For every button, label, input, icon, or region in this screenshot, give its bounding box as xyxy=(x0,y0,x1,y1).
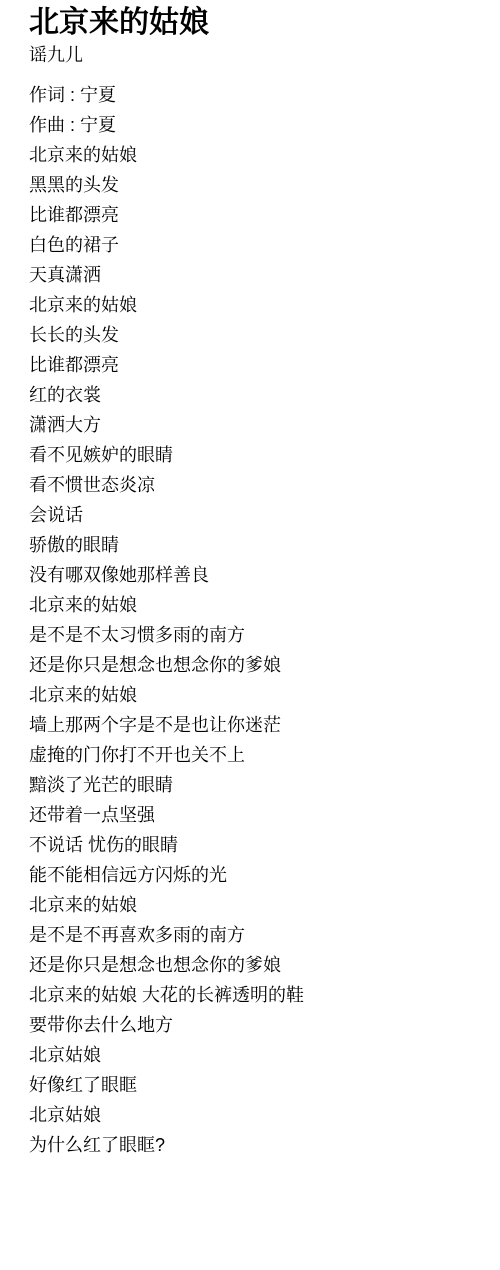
lyric-line: 看不见嫉妒的眼睛 xyxy=(29,440,485,470)
lyric-line: 北京来的姑娘 xyxy=(29,290,485,320)
lyric-line: 会说话 xyxy=(29,500,485,530)
lyric-line: 长长的头发 xyxy=(29,320,485,350)
lyric-line: 是不是不再喜欢多雨的南方 xyxy=(29,920,485,950)
lyric-line: 红的衣裳 xyxy=(29,380,485,410)
lyric-line: 潇洒大方 xyxy=(29,410,485,440)
lyric-line: 为什么红了眼眶? xyxy=(29,1130,485,1160)
lyric-line: 北京姑娘 xyxy=(29,1040,485,1070)
lyric-line: 骄傲的眼睛 xyxy=(29,530,485,560)
artist-name: 谣九儿 xyxy=(29,45,485,65)
lyric-line: 看不惯世态炎凉 xyxy=(29,470,485,500)
lyric-line: 黑黑的头发 xyxy=(29,170,485,200)
lyric-line: 作曲 : 宁夏 xyxy=(29,110,485,140)
lyrics-page: 北京来的姑娘 谣九儿 作词 : 宁夏作曲 : 宁夏北京来的姑娘黑黑的头发比谁都漂… xyxy=(0,0,500,1160)
lyric-line: 黯淡了光芒的眼睛 xyxy=(29,770,485,800)
lyric-line: 北京姑娘 xyxy=(29,1100,485,1130)
lyric-line: 还是你只是想念也想念你的爹娘 xyxy=(29,650,485,680)
lyric-line: 不说话 忧伤的眼睛 xyxy=(29,830,485,860)
lyric-line: 要带你去什么地方 xyxy=(29,1010,485,1040)
lyric-line: 还是你只是想念也想念你的爹娘 xyxy=(29,950,485,980)
lyric-line: 比谁都漂亮 xyxy=(29,200,485,230)
lyric-line: 能不能相信远方闪烁的光 xyxy=(29,860,485,890)
lyric-line: 作词 : 宁夏 xyxy=(29,80,485,110)
lyric-line: 北京来的姑娘 xyxy=(29,680,485,710)
song-title: 北京来的姑娘 xyxy=(29,7,485,39)
lyric-line: 比谁都漂亮 xyxy=(29,350,485,380)
lyric-line: 是不是不太习惯多雨的南方 xyxy=(29,620,485,650)
lyric-line: 北京来的姑娘 xyxy=(29,140,485,170)
lyric-line: 没有哪双像她那样善良 xyxy=(29,560,485,590)
lyric-line: 天真潇洒 xyxy=(29,260,485,290)
lyric-line: 北京来的姑娘 大花的长裤透明的鞋 xyxy=(29,980,485,1010)
lyric-line: 虚掩的门你打不开也关不上 xyxy=(29,740,485,770)
lyric-line: 好像红了眼眶 xyxy=(29,1070,485,1100)
lyric-line: 白色的裙子 xyxy=(29,230,485,260)
lyrics-body: 作词 : 宁夏作曲 : 宁夏北京来的姑娘黑黑的头发比谁都漂亮白色的裙子天真潇洒北… xyxy=(29,80,485,1160)
lyric-line: 墙上那两个字是不是也让你迷茫 xyxy=(29,710,485,740)
lyric-line: 北京来的姑娘 xyxy=(29,890,485,920)
lyric-line: 还带着一点坚强 xyxy=(29,800,485,830)
lyric-line: 北京来的姑娘 xyxy=(29,590,485,620)
